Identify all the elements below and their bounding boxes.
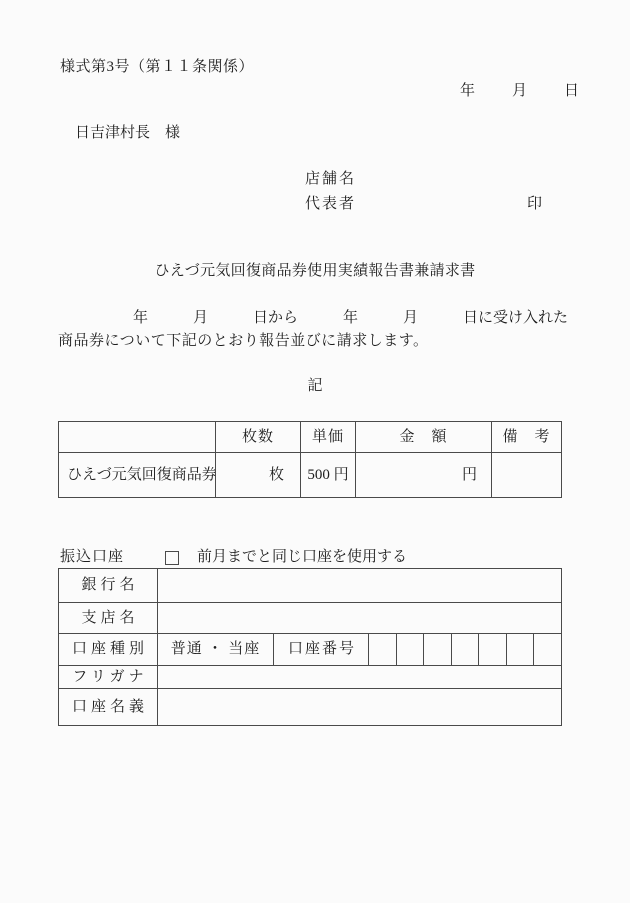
- voucher-remarks-field[interactable]: [492, 453, 562, 498]
- account-number-digit-cell[interactable]: [369, 634, 397, 666]
- header-unit-price: 単価: [301, 422, 356, 453]
- voucher-item-name: ひえづ元気回復商品券: [59, 453, 216, 498]
- furigana-field[interactable]: [158, 666, 562, 689]
- account-holder-row: 口座名義: [59, 689, 562, 726]
- addressee: 日吉津村長 様: [75, 126, 180, 141]
- account-number-digit-cell[interactable]: [397, 634, 424, 666]
- seal-label: 印: [527, 197, 542, 212]
- document-title: ひえづ元気回復商品券使用実績報告書兼請求書: [0, 264, 630, 279]
- form-document-page: 様式第3号（第１１条関係） 年 月 日 日吉津村長 様 店舗名 代表者 印 ひえ…: [0, 0, 630, 903]
- form-number: 様式第3号（第１１条関係）: [60, 60, 254, 75]
- header-item: [59, 422, 216, 453]
- account-type-label: 口座種別: [59, 634, 158, 666]
- shop-name-label: 店舗名: [305, 172, 356, 187]
- representative-label: 代表者: [305, 197, 356, 212]
- account-holder-field[interactable]: [158, 689, 562, 726]
- account-type-options[interactable]: 普通 ・ 当座: [158, 634, 274, 666]
- bank-name-field[interactable]: [158, 569, 562, 603]
- branch-name-field[interactable]: [158, 603, 562, 634]
- account-number-digit-cell[interactable]: [479, 634, 507, 666]
- branch-name-label: 支店名: [59, 603, 158, 634]
- same-account-checkbox-label: 前月までと同じ口座を使用する: [197, 550, 407, 565]
- date-month-label: 月: [512, 84, 527, 99]
- account-number-digit-cell[interactable]: [534, 634, 562, 666]
- account-number-digit-cell[interactable]: [424, 634, 452, 666]
- account-table: 銀行名 支店名 口座種別 普通 ・ 当座 口座番号 フリガナ 口座名義: [58, 568, 562, 726]
- date-year-label: 年: [460, 84, 475, 99]
- record-marker: 記: [0, 379, 630, 394]
- body-text-line1: 年 月 日から 年 月 日に受け入れた: [58, 311, 568, 326]
- voucher-count-field[interactable]: 枚: [216, 453, 301, 498]
- body-text-line2: 商品券について下記のとおり報告並びに請求します。: [58, 334, 429, 349]
- voucher-unit-price: 500 円: [301, 453, 356, 498]
- same-account-checkbox[interactable]: [165, 551, 179, 565]
- account-holder-label: 口座名義: [59, 689, 158, 726]
- transfer-account-label: 振込口座: [60, 550, 124, 565]
- bank-name-label: 銀行名: [59, 569, 158, 603]
- furigana-row: フリガナ: [59, 666, 562, 689]
- voucher-table: 枚数 単価 金 額 備 考 ひえづ元気回復商品券 枚 500 円 円: [58, 421, 562, 498]
- account-number-label: 口座番号: [274, 634, 369, 666]
- voucher-amount-field[interactable]: 円: [356, 453, 492, 498]
- date-day-label: 日: [564, 84, 579, 99]
- voucher-table-data-row: ひえづ元気回復商品券 枚 500 円 円: [59, 453, 562, 498]
- header-remarks: 備 考: [492, 422, 562, 453]
- account-number-digit-cell[interactable]: [452, 634, 479, 666]
- bank-name-row: 銀行名: [59, 569, 562, 603]
- account-number-digit-cell[interactable]: [507, 634, 534, 666]
- voucher-table-header-row: 枚数 単価 金 額 備 考: [59, 422, 562, 453]
- date-line: 年 月 日: [460, 84, 579, 99]
- header-count: 枚数: [216, 422, 301, 453]
- header-amount: 金 額: [356, 422, 492, 453]
- furigana-label: フリガナ: [59, 666, 158, 689]
- branch-name-row: 支店名: [59, 603, 562, 634]
- account-type-row: 口座種別 普通 ・ 当座 口座番号: [59, 634, 562, 666]
